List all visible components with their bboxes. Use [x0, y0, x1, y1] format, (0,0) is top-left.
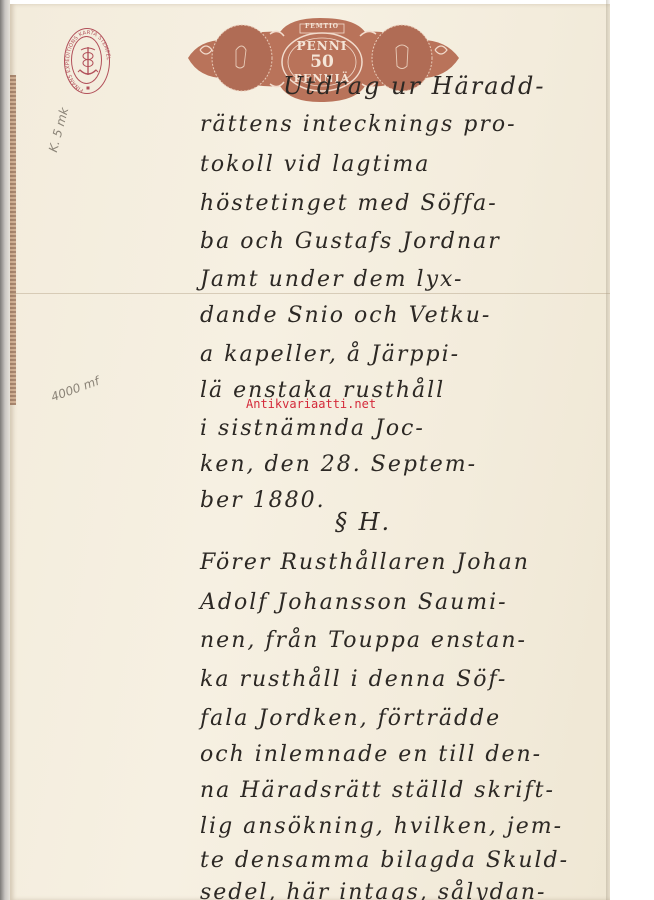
finance-seal: FINANS EXPEDITIONS KARTA STEMPEL	[64, 28, 110, 94]
text-line-5: ba och Gustafs Jordnar	[200, 229, 501, 254]
text-line-18: fala Jordken, förträdde	[200, 706, 501, 731]
text-line-10: i sistnämnda Joc-	[200, 416, 425, 441]
text-line-1: Utdrag ur Häradd-	[283, 72, 545, 100]
text-line-21: lig ansökning, hvilken, jem-	[200, 814, 563, 839]
text-line-23: sedel, här intags, sålydan-	[200, 880, 546, 900]
text-line-2: rättens intecknings pro-	[200, 112, 517, 137]
text-line-19: och inlemnade en till den-	[200, 742, 542, 767]
text-line-4: höstetinget med Söffa-	[200, 191, 498, 216]
text-line-12: ber 1880.	[200, 488, 326, 513]
text-line-6: Jamt under dem lyx-	[200, 267, 463, 292]
section-mark: § H.	[335, 508, 391, 536]
caduceus-anchor-icon	[77, 46, 99, 78]
binding-edge	[10, 75, 16, 405]
text-line-17: ka rusthåll i denna Söf-	[200, 667, 507, 692]
text-line-3: tokoll vid lagtima	[200, 152, 430, 177]
stamp-top-label: FEMTIO	[300, 23, 344, 30]
text-line-14: Förer Rusthållaren Johan	[200, 550, 530, 575]
fold-line	[10, 293, 610, 294]
stamp-word-top: PENNI	[292, 39, 352, 53]
text-line-7: dande Snio och Vetku-	[200, 303, 491, 328]
text-line-16: nen, från Touppa enstan-	[200, 628, 527, 653]
scan-edge	[0, 0, 10, 900]
text-line-22: te densamma bilagda Skuld-	[200, 848, 569, 873]
text-line-8: a kapeller, å Järppi-	[200, 342, 460, 367]
text-line-20: na Häradsrätt ställd skrift-	[200, 778, 555, 803]
scan-background	[610, 0, 654, 900]
text-line-15: Adolf Johansson Saumi-	[200, 590, 508, 615]
watermark: Antikvariaatti.net	[246, 397, 376, 411]
text-line-11: ken, den 28. Septem-	[200, 452, 477, 477]
stamp-value: 50	[292, 52, 352, 72]
